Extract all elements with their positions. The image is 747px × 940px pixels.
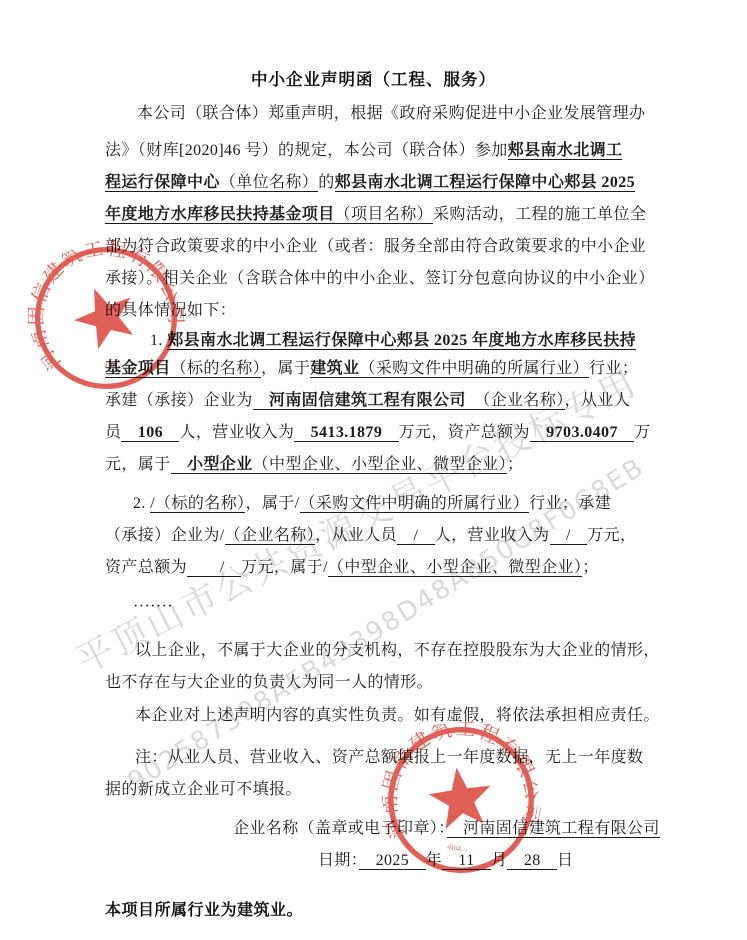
text-segment: ； (582, 559, 598, 576)
doc-line: 本企业对上述声明内容的真实性负责。如有虚假，将依法承担相应责任。 (135, 705, 660, 727)
doc-line: 以上企业，不属于大企业的分支机构，不存在控股股东为大企业的情形， (135, 640, 660, 662)
seal-code-text: 4104… (102, 355, 126, 373)
revenue-value: 5413.1879 (294, 424, 398, 442)
field-label: （采购文件中明确的所属行业） (300, 495, 530, 513)
text-segment: ； (507, 456, 523, 473)
industry-footnote: 本项目所属行业为建筑业。 (105, 897, 303, 920)
text-segment: 资产总额为 (105, 559, 187, 576)
text-segment: ，属于 (261, 360, 310, 377)
text-segment: 人，营业收入为 (179, 424, 294, 441)
unit-name: 程运行保障中心 (105, 174, 220, 192)
document-page: 平顶山市公共资源交易平台投标专用 902587398AEB43398D48A85… (0, 0, 747, 940)
text-segment: 部为符合政策要求的中小企业（或者：服务全部由符合政策要求的中小企业 (105, 238, 646, 255)
doc-line: 承接）。相关企业（含联合体中的中小企业、签订分包意向协议的中小企业） (105, 268, 655, 290)
employee-count: 106 (121, 424, 179, 442)
assets-value: 9703.0407 (530, 424, 634, 442)
field-label: （项目名称） (335, 206, 433, 224)
item-number: 2. (133, 495, 150, 512)
doc-line: 法》（财库[2020]46 号）的规定，本公司（联合体）参加郏县南水北调工 (105, 140, 622, 162)
company-name: 河南固信建筑工程有限公司 (253, 392, 483, 410)
doc-line: 据的新成立企业可不填报。 (105, 779, 302, 801)
text-segment: 行业；承建 (529, 495, 611, 512)
company-seal: 河南固信建筑工程有限公司 4104… (373, 712, 549, 888)
text-segment: 采购活动，工程的施工单位全 (433, 206, 646, 223)
text-segment: 日 (557, 852, 573, 869)
text-segment: ，属于/ (245, 495, 299, 512)
field-label: （中型企业、小型企业、微型企业） (253, 456, 507, 474)
doc-line: ······· (133, 596, 173, 618)
text-segment: ，从业人 (565, 392, 631, 409)
doc-line: 1. 郏县南水北调工程运行保障中心郏县 2025 年度地方水库移民扶持 (150, 330, 636, 352)
enterprise-type: 小型企业 (171, 456, 253, 474)
text-segment: 日期： (318, 852, 359, 869)
doc-line: 也不存在与大企业的负责人为同一人的情形。 (105, 672, 433, 694)
doc-line: 程运行保障中心（单位名称）的郏县南水北调工程运行保障中心郏县 2025 (105, 172, 635, 194)
field-label: （企业名称） (225, 527, 315, 545)
seal-star-icon (426, 763, 496, 830)
text-segment: 万元，资产总额为 (399, 424, 530, 441)
text-segment: 也不存在与大企业的负责人为同一人的情形。 (105, 674, 433, 691)
text-segment: 人，营业收入为 (435, 527, 550, 544)
doc-line: 承建（承接）企业为 河南固信建筑工程有限公司 （企业名称），从业人 (105, 390, 630, 412)
text-segment: ，从业人员 (315, 527, 397, 544)
doc-line: 年度地方水库移民扶持基金项目（项目名称）采购活动，工程的施工单位全 (105, 204, 646, 226)
doc-line: 资产总额为 / 万元，属于/（中型企业、小型企业、微型企业）； (105, 557, 599, 579)
text-segment: 本企业对上述声明内容的真实性负责。如有虚假，将依法承担相应责任。 (135, 707, 660, 724)
doc-line: 部为符合政策要求的中小企业（或者：服务全部由符合政策要求的中小企业 (105, 236, 646, 258)
text-segment: 员 (105, 424, 121, 441)
text-segment: 本公司（联合体）郑重声明，根据《政府采购促进中小企业发展管理办 (137, 105, 645, 122)
doc-line: 本公司（联合体）郑重声明，根据《政府采购促进中小企业发展管理办 (137, 103, 645, 125)
seal-star-icon (66, 277, 144, 353)
text-segment: 万 (634, 424, 650, 441)
text-segment: 以上企业，不属于大企业的分支机构，不存在控股股东为大企业的情形， (135, 642, 660, 659)
text-segment: 行业； (589, 360, 638, 377)
doc-line: （承接）企业为/（企业名称），从业人员 / 人，营业收入为 / 万元， (105, 525, 636, 547)
project-name: 郏县南水北调工程运行保障中心郏县 2025 (335, 174, 635, 192)
field-label: （单位名称） (220, 174, 318, 192)
doc-line: 员 106 人，营业收入为 5413.1879 万元，资产总额为 9703.04… (105, 422, 651, 444)
text-segment: 承接）。相关企业（含联合体中的中小企业、签订分包意向协议的中小企业） (105, 270, 655, 287)
document-title: 中小企业声明函（工程、服务） (0, 66, 747, 90)
industry-value: 建筑业 (310, 360, 359, 378)
text-segment: 法》（财库[2020]46 号）的规定，本公司（联合体）参加 (105, 142, 508, 159)
unit-name: 郏县南水北调工 (508, 142, 623, 160)
field-label: （企业名称） (482, 392, 564, 410)
text-segment: 据的新成立企业可不填报。 (105, 781, 302, 798)
blank-field: / (397, 527, 435, 545)
text-segment: （承接）企业为/ (105, 527, 225, 544)
ellipsis-dots: ······· (133, 598, 173, 615)
blank-field: / (187, 559, 241, 577)
doc-line: 2. /（标的名称），属于/（采购文件中明确的所属行业）行业；承建 (133, 493, 611, 515)
blank-field: /（标的名称） (150, 495, 245, 513)
doc-line: 元，属于 小型企业（中型企业、小型企业、微型企业）； (105, 454, 523, 476)
project-name: 郏县南水北调工程运行保障中心郏县 2025 年度地方水库移民扶持 (167, 332, 636, 350)
seal-code-text: 4104… (445, 840, 468, 855)
text-segment: 的 (318, 174, 334, 191)
text-segment: 万元， (587, 527, 636, 544)
text-segment: 万元，属于/ (241, 559, 328, 576)
blank-field: / (550, 527, 588, 545)
field-label: （采购文件中明确的所属行业） (359, 360, 589, 378)
field-label: （中型企业、小型企业、微型企业） (328, 559, 582, 577)
text-segment: 元，属于 (105, 456, 171, 473)
text-segment: 承建（承接）企业为 (105, 392, 253, 409)
